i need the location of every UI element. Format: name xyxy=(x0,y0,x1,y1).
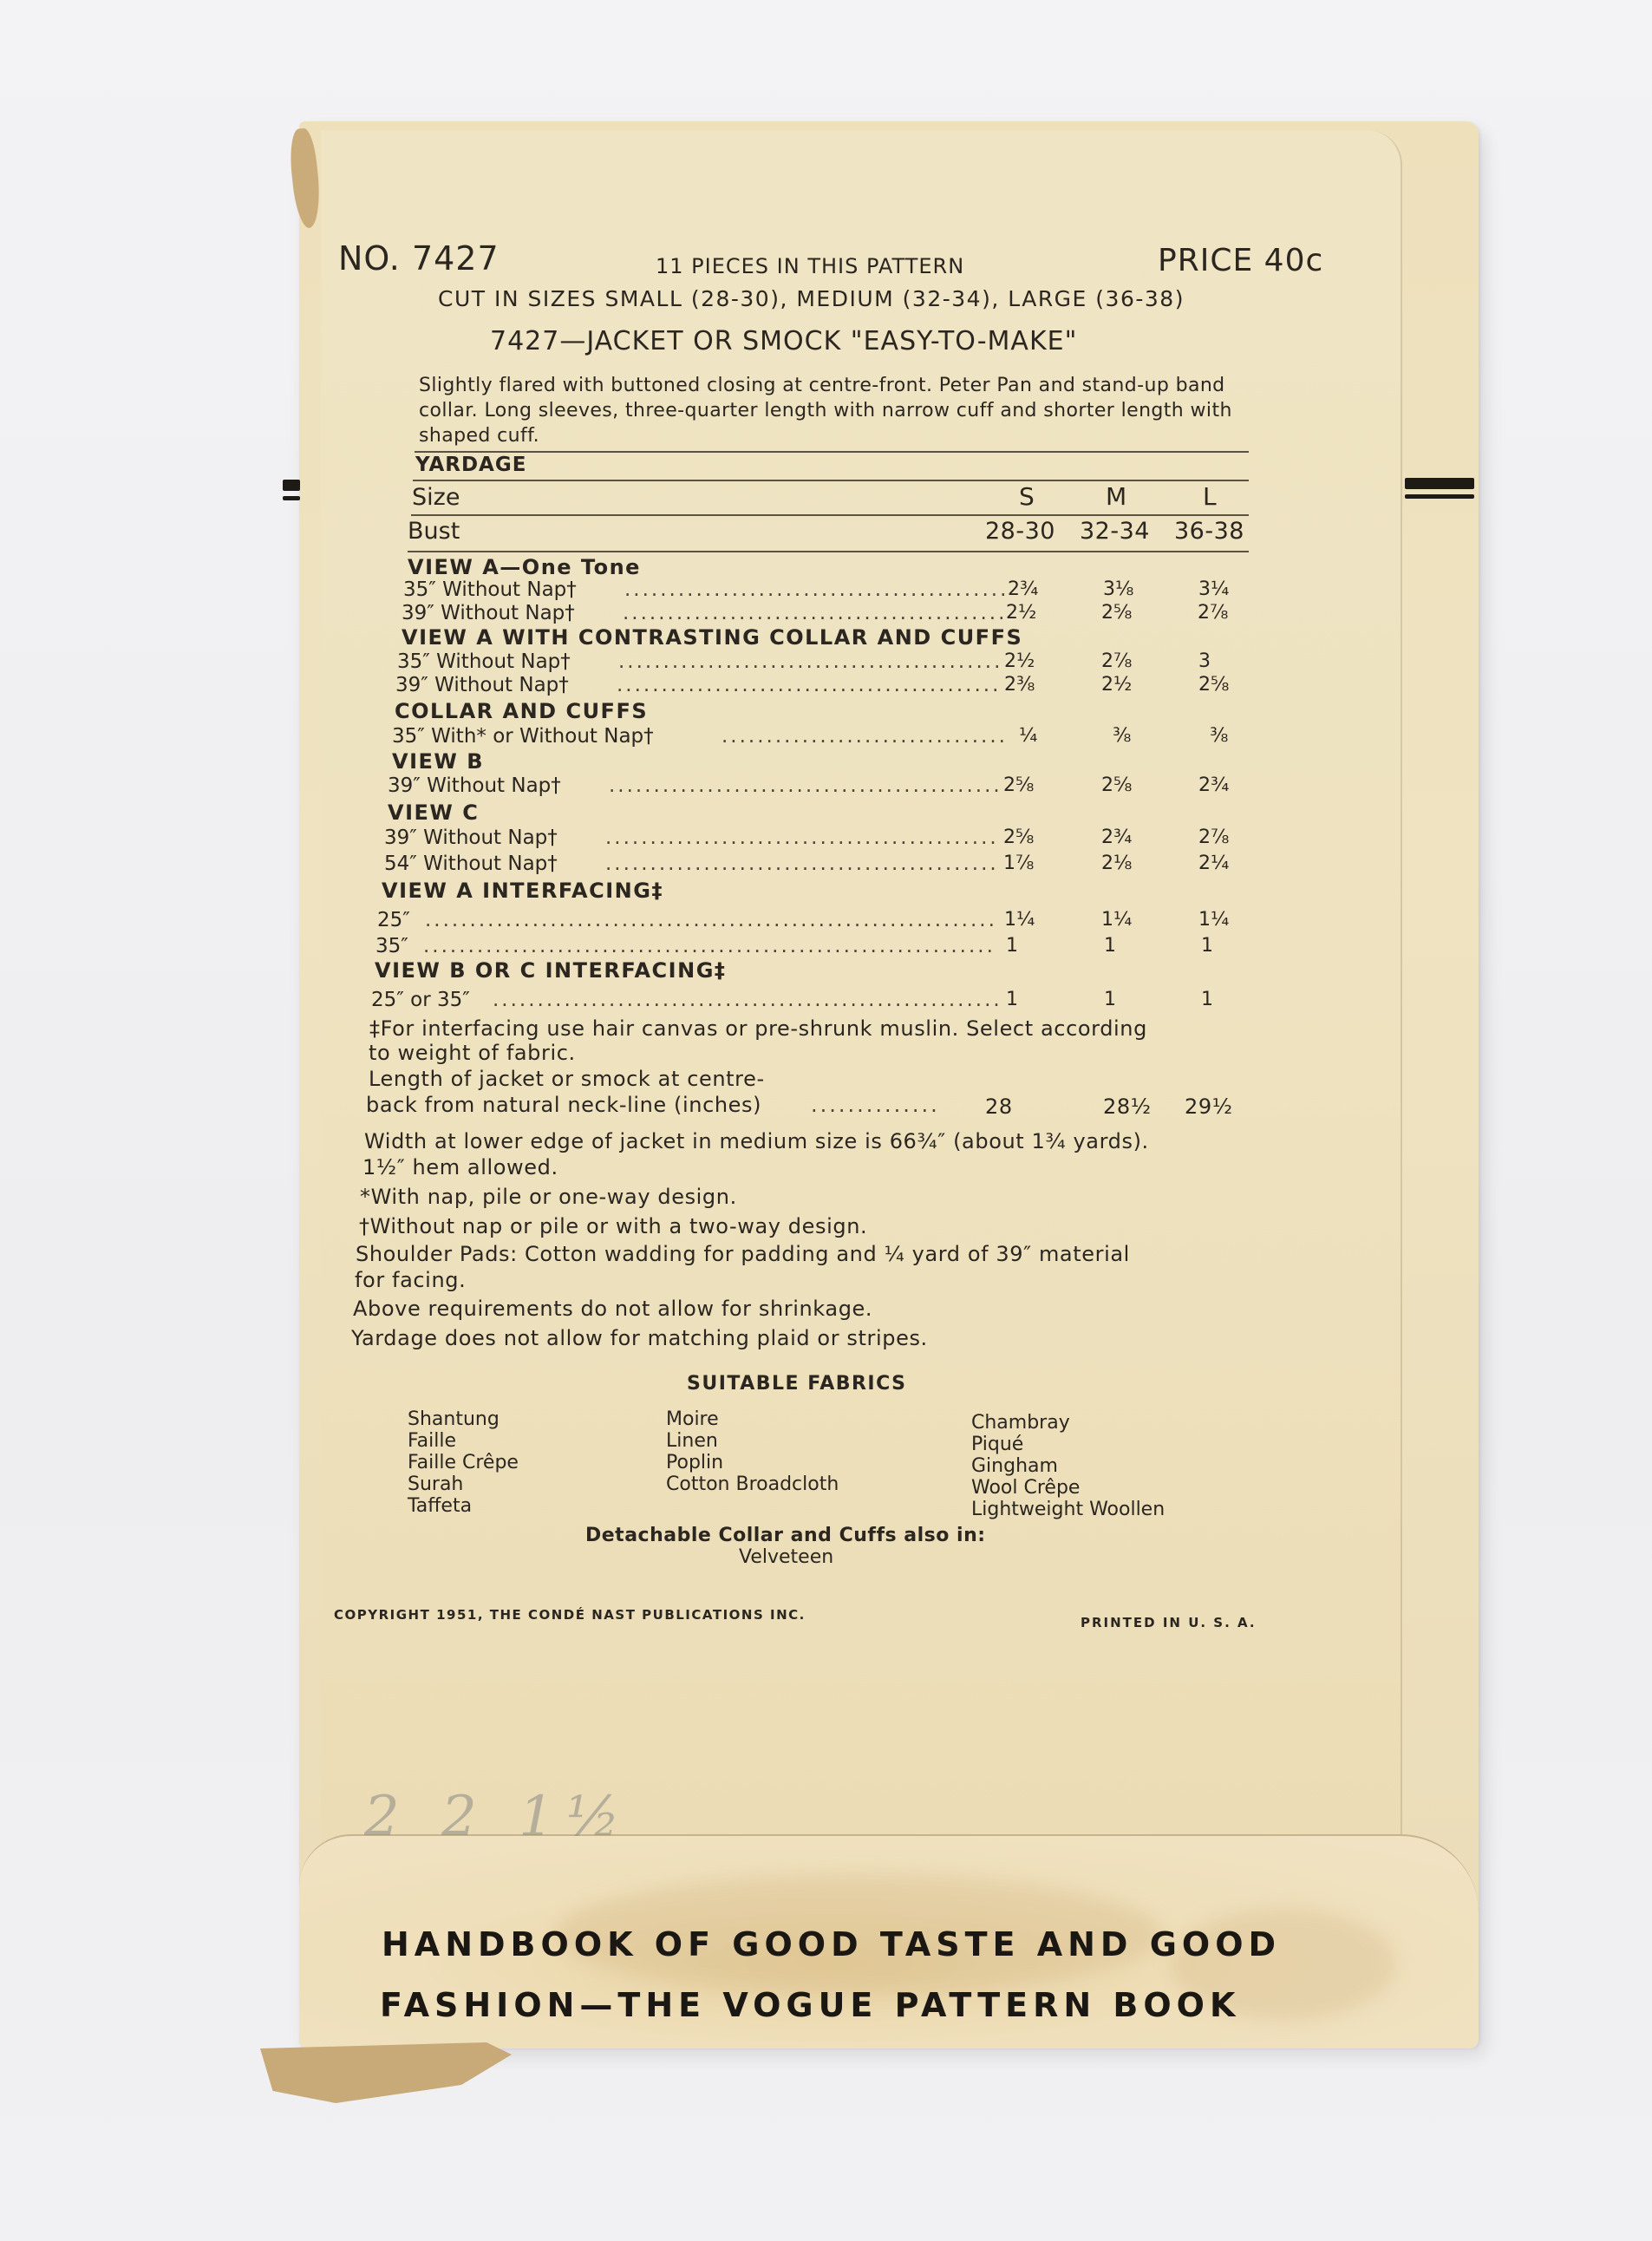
value-s: ¼ xyxy=(1019,725,1037,747)
leader-dots: ........................................… xyxy=(623,602,1004,624)
yardage-row: 25″ ....................................… xyxy=(377,909,1010,933)
value-s: 1 xyxy=(1006,935,1018,957)
bust-l: 36-38 xyxy=(1174,518,1244,545)
price: PRICE 40c xyxy=(1158,243,1323,278)
yardage-row: 39″ Without Nap† .......................… xyxy=(388,774,1012,799)
size-l: L xyxy=(1203,482,1217,511)
fabric-item: Lightweight Woollen xyxy=(971,1499,1165,1520)
detachable-collar-note: Detachable Collar and Cuffs also in: xyxy=(585,1525,986,1546)
size-label: Size xyxy=(412,484,460,511)
plaid-note: Yardage does not allow for matching plai… xyxy=(351,1326,928,1350)
leader-dots: .............. xyxy=(811,1093,940,1117)
yardage-row: 25″ or 35″ .............................… xyxy=(371,989,1009,1013)
leader-dots: ........................................… xyxy=(722,725,1008,748)
row-label: 39″ Without Nap† xyxy=(395,674,569,696)
printed-in: PRINTED IN U. S. A. xyxy=(1081,1615,1257,1630)
yardage-row: 54″ Without Nap† .......................… xyxy=(384,853,1009,877)
row-label: 35″ With* or Without Nap† xyxy=(392,725,654,748)
value-l: 2⅞ xyxy=(1198,826,1229,848)
fabric-item: Surah xyxy=(408,1473,519,1495)
with-nap-note: *With nap, pile or one-way design. xyxy=(360,1185,737,1209)
rule xyxy=(415,451,1249,453)
fabric-item: Gingham xyxy=(971,1455,1165,1477)
length-note-cont: back from natural neck-line (inches) xyxy=(366,1093,761,1117)
value-m: 2⅝ xyxy=(1101,602,1132,624)
fabric-item: Shantung xyxy=(408,1408,519,1430)
fabric-item: Piqué xyxy=(971,1434,1165,1455)
leader-dots: ........................................… xyxy=(624,578,1006,601)
row-label: 39″ Without Nap† xyxy=(384,826,558,849)
fabric-column-2: Moire Linen Poplin Cotton Broadcloth xyxy=(666,1408,839,1495)
fabric-item: Wool Crêpe xyxy=(971,1477,1165,1499)
value-s: 2⅝ xyxy=(1003,774,1034,796)
value-m: 3⅛ xyxy=(1103,578,1133,600)
fabric-column-1: Shantung Faille Faille Crêpe Surah Taffe… xyxy=(408,1408,519,1517)
section-view-b-or-c-interfacing: VIEW B OR C INTERFACING‡ xyxy=(375,958,726,983)
size-m: M xyxy=(1106,482,1126,511)
pattern-number: NO. 7427 xyxy=(338,239,500,278)
value-l: 2⅝ xyxy=(1198,674,1229,696)
rule xyxy=(413,480,1249,481)
section-view-a-interfacing: VIEW A INTERFACING‡ xyxy=(382,879,663,903)
row-label: 39″ Without Nap† xyxy=(402,602,575,624)
leader-dots: ........................................… xyxy=(425,909,997,931)
value-s: 1⅞ xyxy=(1003,853,1034,874)
shoulder-pads-note: Shoulder Pads: Cotton wadding for paddin… xyxy=(356,1242,1130,1266)
width-note: Width at lower edge of jacket in medium … xyxy=(364,1129,1149,1153)
value-l: ⅜ xyxy=(1210,725,1228,747)
row-label: 35″ Without Nap† xyxy=(397,650,571,673)
section-view-a-one-tone: VIEW A—One Tone xyxy=(408,555,641,579)
fabric-item: Taffeta xyxy=(408,1495,519,1517)
sizes-line: CUT IN SIZES SMALL (28-30), MEDIUM (32-3… xyxy=(438,286,1185,311)
value-l: 2⅞ xyxy=(1198,602,1228,624)
shrinkage-note: Above requirements do not allow for shri… xyxy=(353,1297,872,1321)
yardage-row: 35″ ....................................… xyxy=(375,935,1009,959)
value-s: 1 xyxy=(1006,989,1018,1010)
detachable-fabric: Velveteen xyxy=(739,1546,833,1568)
row-label: 39″ Without Nap† xyxy=(388,774,561,797)
value-m: 2¾ xyxy=(1101,826,1132,848)
value-m: 2⅛ xyxy=(1101,853,1132,874)
value-s: 1¼ xyxy=(1004,909,1035,931)
value-l: 1¼ xyxy=(1198,909,1229,931)
length-m: 28½ xyxy=(1103,1094,1152,1119)
value-m: 2⅞ xyxy=(1101,650,1132,672)
section-collar-and-cuffs: COLLAR AND CUFFS xyxy=(395,699,648,723)
size-s: S xyxy=(1019,482,1035,511)
pieces-count: 11 PIECES IN THIS PATTERN xyxy=(656,254,964,278)
shoulder-pads-note-cont: for facing. xyxy=(355,1268,466,1292)
value-l: 1 xyxy=(1201,935,1213,957)
pattern-description: Slightly flared with buttoned closing at… xyxy=(419,373,1249,448)
row-label: 25″ xyxy=(377,909,410,931)
row-label: 54″ Without Nap† xyxy=(384,853,558,875)
value-l: 3¼ xyxy=(1198,578,1229,600)
copyright: COPYRIGHT 1951, THE CONDÉ NAST PUBLICATI… xyxy=(334,1607,806,1623)
leader-dots: ........................................… xyxy=(605,826,1000,849)
rule xyxy=(408,551,1249,552)
pencil-handwriting: 2 2 1½ xyxy=(364,1785,632,1849)
leader-dots: ........................................… xyxy=(493,989,1000,1011)
leader-dots: ........................................… xyxy=(609,774,999,797)
length-s: 28 xyxy=(985,1094,1013,1119)
flap-text-line-1: HANDBOOK OF GOOD TASTE AND GOOD xyxy=(382,1925,1281,1963)
value-m: ⅜ xyxy=(1113,725,1131,747)
length-note: Length of jacket or smock at centre- xyxy=(369,1067,765,1091)
hem-note: 1½″ hem allowed. xyxy=(362,1155,558,1179)
interfacing-note: ‡For interfacing use hair canvas or pre-… xyxy=(369,1016,1147,1041)
fabric-item: Cotton Broadcloth xyxy=(666,1473,839,1495)
interfacing-note-cont: to weight of fabric. xyxy=(369,1041,576,1065)
value-l: 2¾ xyxy=(1198,774,1229,796)
rule xyxy=(411,514,1249,516)
bust-s: 28-30 xyxy=(985,518,1055,545)
leader-dots: ........................................… xyxy=(423,935,996,957)
fabric-item: Faille xyxy=(408,1430,519,1452)
value-s: 2⅝ xyxy=(1003,826,1034,848)
row-label: 25″ or 35″ xyxy=(371,989,470,1011)
value-s: 2½ xyxy=(1006,602,1036,624)
yardage-row: 39″ Without Nap† .......................… xyxy=(395,674,1002,698)
fabric-column-3: Chambray Piqué Gingham Wool Crêpe Lightw… xyxy=(971,1412,1165,1520)
value-m: 2½ xyxy=(1101,674,1132,696)
fabric-item: Faille Crêpe xyxy=(408,1452,519,1473)
bust-m: 32-34 xyxy=(1080,518,1150,545)
yardage-heading: YARDAGE xyxy=(415,454,526,476)
row-label: 35″ xyxy=(375,935,408,957)
value-l: 3 xyxy=(1198,650,1211,672)
yardage-row: 39″ Without Nap† .......................… xyxy=(402,602,1009,626)
value-l: 2¼ xyxy=(1198,853,1229,874)
value-m: 1 xyxy=(1104,989,1116,1010)
suitable-fabrics-heading: SUITABLE FABRICS xyxy=(687,1373,907,1395)
value-s: 2⅜ xyxy=(1004,674,1035,696)
fabric-item: Chambray xyxy=(971,1412,1165,1434)
pattern-title: 7427—JACKET OR SMOCK "EASY-TO-MAKE" xyxy=(490,326,1077,356)
value-m: 1¼ xyxy=(1101,909,1132,931)
value-m: 1 xyxy=(1104,935,1116,957)
yardage-row: 35″ Without Nap† .......................… xyxy=(403,578,1010,603)
leader-dots: ........................................… xyxy=(605,853,1000,875)
flap-text-line-2: FASHION—THE VOGUE PATTERN BOOK xyxy=(380,1986,1240,2024)
value-l: 1 xyxy=(1201,989,1213,1010)
document-content: NO. 7427 11 PIECES IN THIS PATTERN PRICE… xyxy=(0,0,1652,2241)
without-nap-note: †Without nap or pile or with a two-way d… xyxy=(359,1214,867,1238)
length-l: 29½ xyxy=(1185,1094,1233,1119)
value-s: 2½ xyxy=(1004,650,1035,672)
leader-dots: ........................................… xyxy=(617,674,998,696)
fabric-item: Moire xyxy=(666,1408,839,1430)
yardage-row: 35″ With* or Without Nap† ..............… xyxy=(392,725,1016,749)
fabric-item: Linen xyxy=(666,1430,839,1452)
fabric-item: Poplin xyxy=(666,1452,839,1473)
leader-dots: ........................................… xyxy=(618,650,1000,673)
value-m: 2⅝ xyxy=(1101,774,1132,796)
bust-label: Bust xyxy=(408,518,460,545)
section-view-c: VIEW C xyxy=(388,800,479,825)
section-view-a-contrasting: VIEW A WITH CONTRASTING COLLAR AND CUFFS xyxy=(402,625,1022,650)
section-view-b: VIEW B xyxy=(392,749,484,774)
row-label: 35″ Without Nap† xyxy=(403,578,577,601)
yardage-row: 39″ Without Nap† .......................… xyxy=(384,826,1009,851)
yardage-row: 35″ Without Nap† .......................… xyxy=(397,650,1004,675)
value-s: 2¾ xyxy=(1008,578,1038,600)
